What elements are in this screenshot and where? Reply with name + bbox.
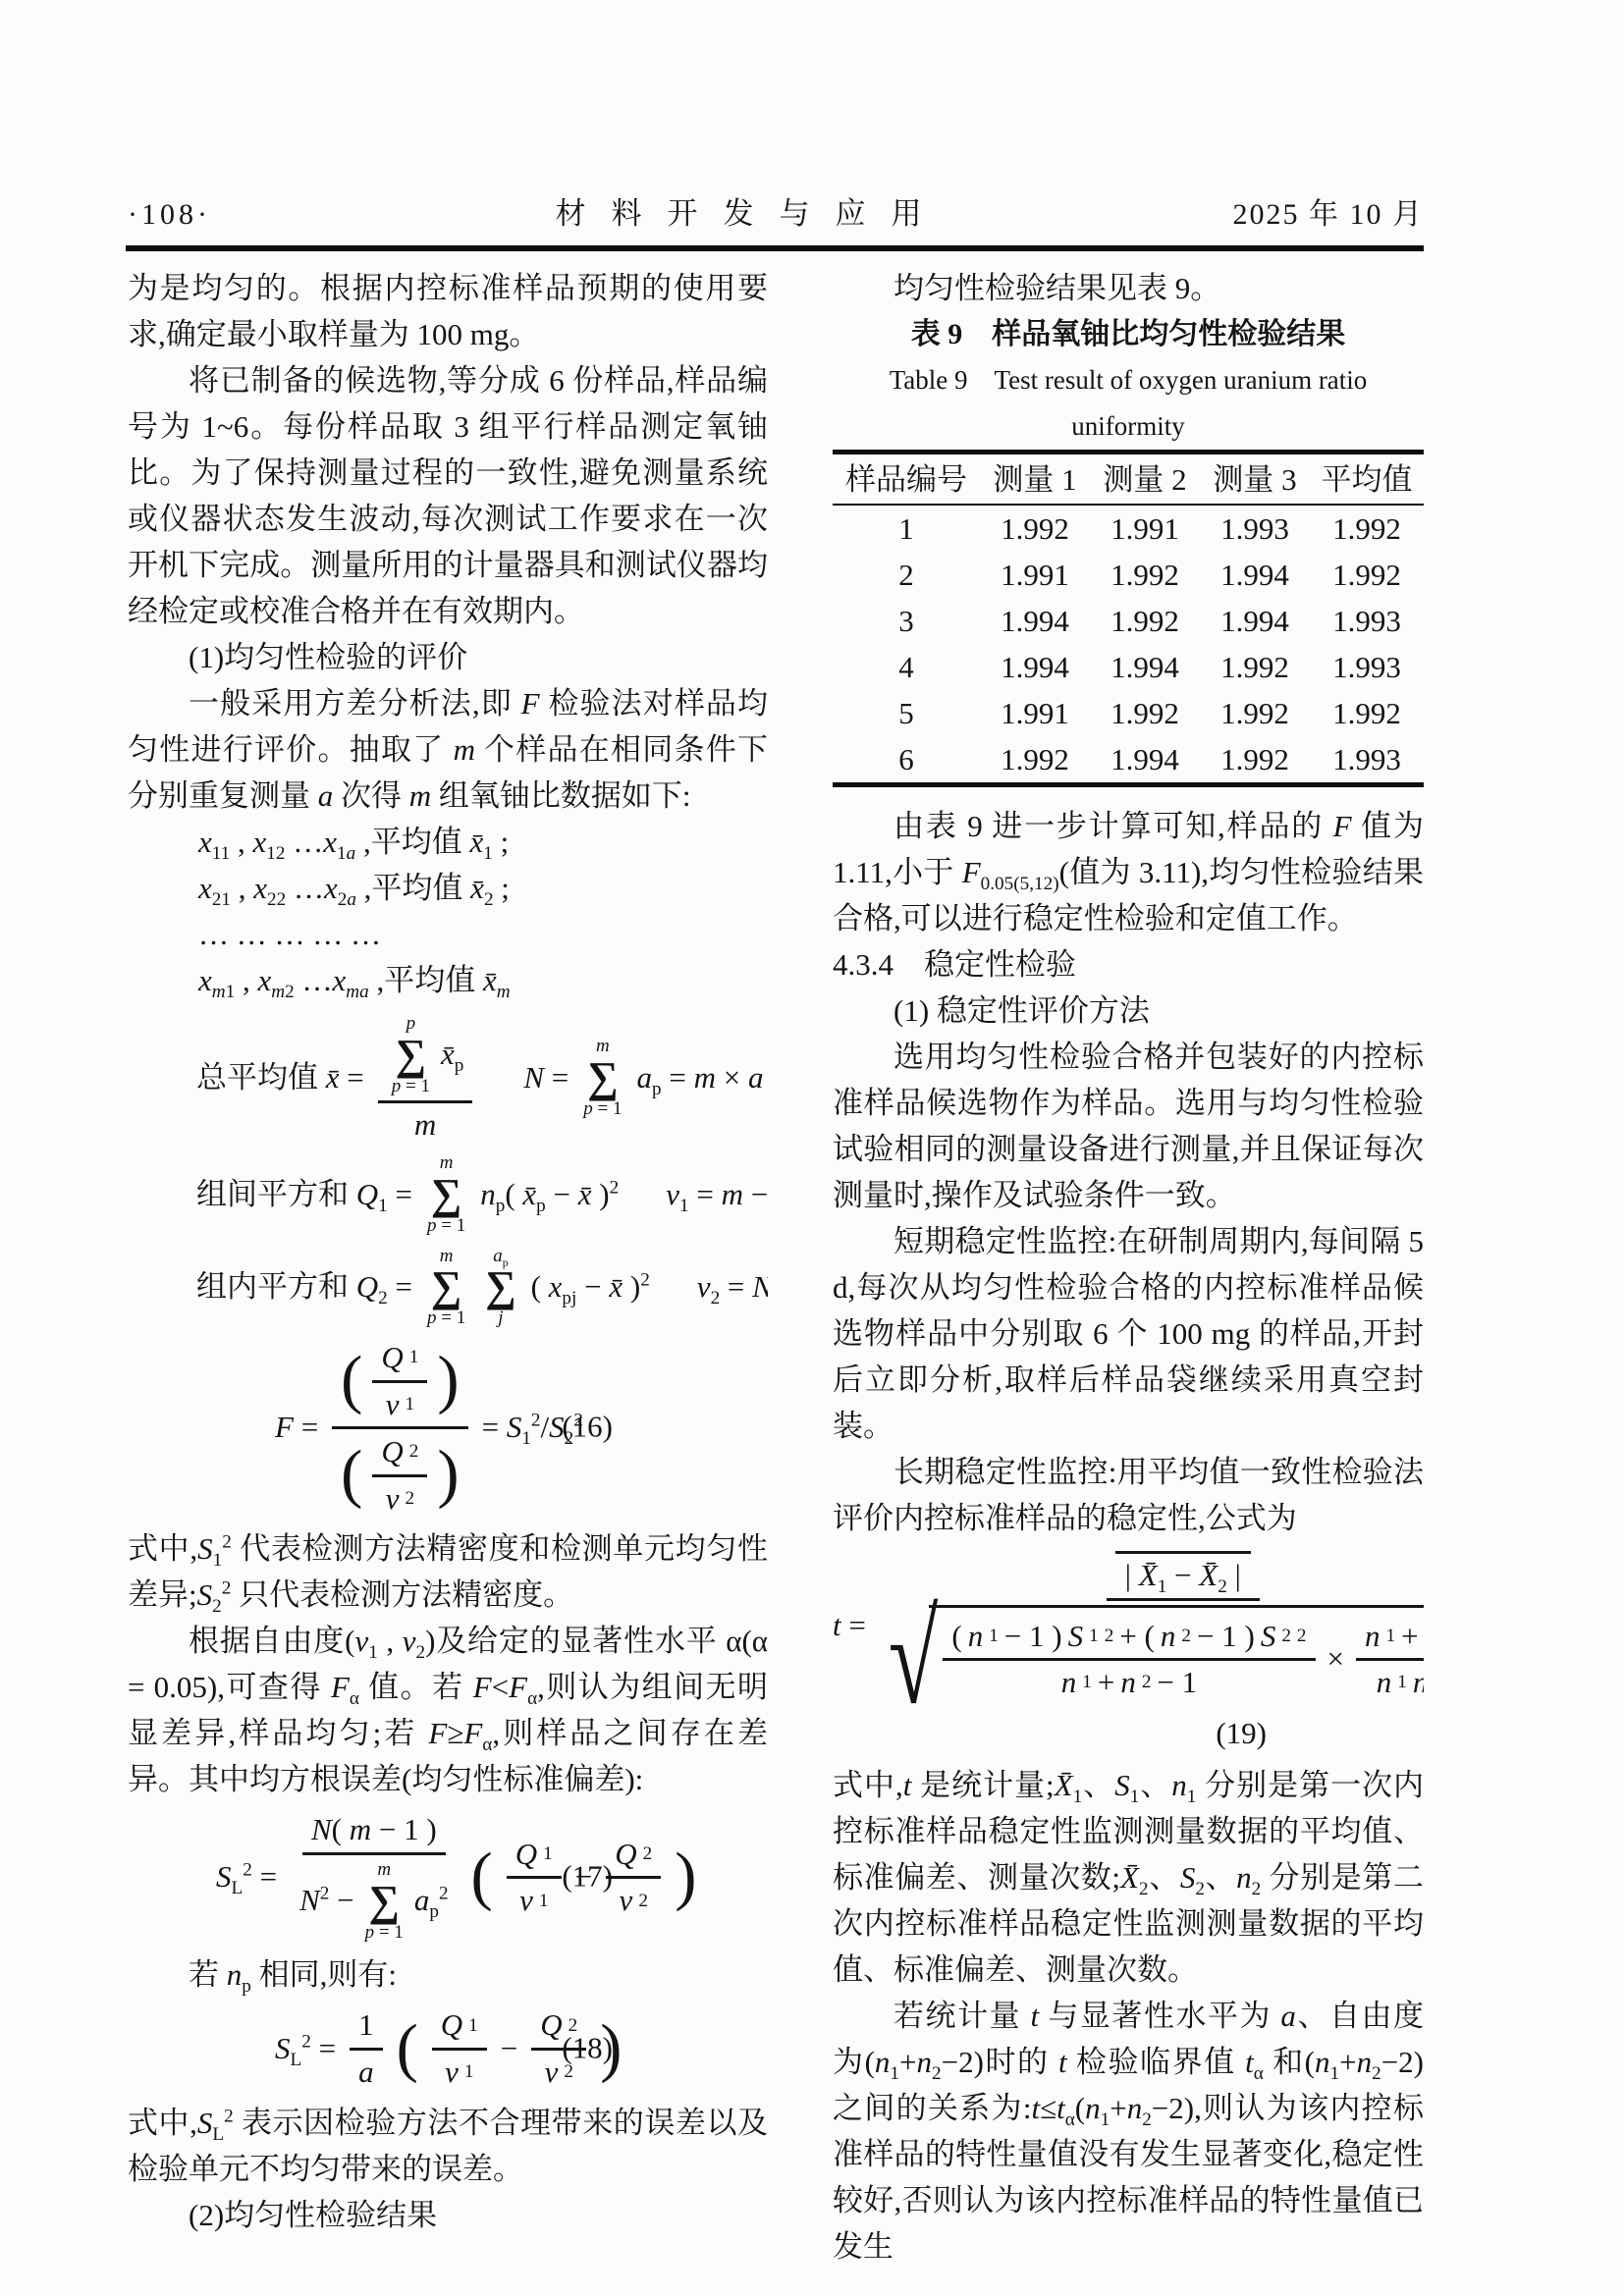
sum-operator: ∑ — [396, 1035, 426, 1076]
equation-number-19: (19) — [1216, 1716, 1267, 1750]
fraction: p ∑ p = 1 x̄p m — [378, 1012, 473, 1144]
cell-value: 1.994 — [1090, 644, 1200, 690]
summation: ap ∑ j — [485, 1246, 515, 1329]
paragraph-np-equal: 若 np 相同,则有: — [128, 1951, 768, 1998]
paragraph-t-definitions: 式中,t 是统计量;X̄1、S1、n1 分别是第一次内控标准样品稳定性监测测量数… — [833, 1762, 1424, 1993]
page-number: ·108· — [128, 198, 334, 232]
right-column: 均匀性检验结果见表 9。 表 9 样品氧铀比均匀性检验结果 Table 9 Te… — [833, 265, 1424, 2289]
cell-value: 1.991 — [980, 552, 1090, 598]
math-line-ellipsis: … … … … … — [128, 911, 768, 957]
paragraph-see-table: 均匀性检验结果见表 9。 — [833, 265, 1424, 311]
sum-lower-limit: p = 1 — [427, 1215, 465, 1237]
fraction: ( n1 − 1 ) S12 + ( n2 − 1 ) S22 n1 + n2 … — [943, 1618, 1315, 1701]
column-header-measure-3: 测量 3 — [1200, 456, 1310, 503]
outer-fraction: | X̄1 − X̄2 | √ ( n1 − 1 ) S12 + ( n2 − … — [880, 1550, 1424, 1701]
sum-operator: ∑ — [369, 1881, 400, 1922]
cell-value: 1.993 — [1310, 736, 1424, 782]
paragraph-stability-sample: 选用均匀性检验合格并包装好的内控标准样品候选物作为样品。选用与均匀性检验试验相同… — [833, 1034, 1424, 1218]
sum-lower-limit: p = 1 — [392, 1076, 430, 1097]
times-sign: × — [1327, 1641, 1344, 1678]
outer-fraction: ( Q1 ν1 ) ( Q2 ν2 ) — [332, 1338, 467, 1517]
page-header: ·108· 材料开发与应用 2025 年 10 月 — [128, 188, 1424, 233]
formula-19: t = | X̄1 − X̄2 | √ ( n1 − 1 ) S12 + ( n… — [833, 1550, 1424, 1701]
sum-operator: ∑ — [431, 1266, 461, 1308]
formula-lhs: SL2 = — [275, 2031, 336, 2067]
cell-sample-id: 5 — [833, 690, 980, 736]
cell-value: 1.994 — [1200, 598, 1310, 644]
overlined-difference: | X̄1 − X̄2 | — [1115, 1551, 1251, 1594]
paragraph-alpha-criterion: 根据自由度(ν1 , ν2)及给定的显著性水平 α(α = 0.05),可查得 … — [128, 1618, 768, 1802]
cell-value: 1.992 — [1200, 736, 1310, 782]
equation-number-17: (17) — [562, 1859, 613, 1896]
math-line-x2: x21 , x22 …x2a ,平均值 x̄2 ; — [128, 865, 768, 911]
table-9-title-zh: 表 9 样品氧铀比均匀性检验结果 — [833, 311, 1424, 357]
right-paren: ) — [437, 1442, 459, 1508]
formula-between-group-sum: 组间平方和 Q1 = m ∑ p = 1 np( x̄p − x̄ )2 ν1 … — [128, 1152, 768, 1236]
issue-date: 2025 年 10 月 — [1168, 189, 1424, 233]
left-column: 为是均匀的。根据内控标准样品预期的使用要求,确定最小取样量为 100 mg。 将… — [128, 265, 768, 2289]
cell-value: 1.994 — [1090, 736, 1200, 782]
numerator: | X̄1 − X̄2 | — [1107, 1550, 1260, 1601]
cell-value: 1.993 — [1310, 644, 1424, 690]
formula-label: 总平均值 x̄ = — [196, 1060, 364, 1096]
column-header-measure-2: 测量 2 — [1090, 456, 1200, 503]
numerator: N( m − 1 ) — [302, 1811, 446, 1855]
subsection-heading-homogeneity-eval: (1)均匀性检验的评价 — [128, 634, 768, 680]
denominator: N2 − m ∑ p = 1 ap2 — [291, 1855, 457, 1943]
cell-value: 1.992 — [1310, 552, 1424, 598]
formula-grand-mean: 总平均值 x̄ = p ∑ p = 1 x̄p m N = m ∑ p — [128, 1012, 768, 1144]
equation-number-18: (18) — [562, 2031, 613, 2067]
table-9-title-en: Table 9 Test result of oxygen uranium ra… — [833, 357, 1424, 450]
cell-value: 1.994 — [1200, 552, 1310, 598]
cell-value: 1.992 — [1200, 690, 1310, 736]
formula-label: 组间平方和 Q1 = — [196, 1177, 412, 1213]
cell-sample-id: 1 — [833, 506, 980, 552]
paragraph-sl-definition: 式中,SL2 表示因检验方法不合理带来的误差以及检验单元不均匀带来的误差。 — [128, 2100, 768, 2192]
fraction: Q1 ν1 — [372, 1339, 427, 1422]
fraction: Q2 ν2 — [372, 1433, 427, 1517]
fraction: 1 a — [350, 2006, 383, 2090]
right-paren: ) — [437, 1348, 459, 1414]
table-row: 2 1.991 1.992 1.994 1.992 — [833, 552, 1424, 598]
table-row: 4 1.994 1.994 1.992 1.993 — [833, 644, 1424, 690]
table-9: 样品编号 测量 1 测量 2 测量 3 平均值 1 1.992 1.991 1.… — [833, 450, 1424, 787]
cell-sample-id: 6 — [833, 736, 980, 782]
table-row: 6 1.992 1.994 1.992 1.993 — [833, 736, 1424, 782]
paragraph-continued: 为是均匀的。根据内控标准样品预期的使用要求,确定最小取样量为 100 mg。 — [128, 265, 768, 357]
formula-16: F = ( Q1 ν1 ) ( Q2 ν2 ) — [128, 1338, 768, 1517]
cell-value: 1.992 — [1200, 644, 1310, 690]
cell-value: 1.992 — [1090, 552, 1200, 598]
section-heading-stability: 4.3.4 稳定性检验 — [833, 941, 1424, 988]
fraction: Q2 ν2 — [606, 1836, 661, 1919]
fraction: Q1 ν1 — [432, 2006, 487, 2090]
equation-number-16: (16) — [562, 1410, 613, 1446]
left-paren: ( — [341, 1442, 362, 1508]
n-definition: N = — [523, 1060, 568, 1096]
formula-lhs: F = — [275, 1410, 318, 1446]
minus-sign: − — [501, 2031, 517, 2067]
sum-operator: ∑ — [485, 1266, 515, 1308]
cell-value: 1.992 — [980, 736, 1090, 782]
formula-17: SL2 = N( m − 1 ) N2 − m ∑ p = 1 ap2 ( Q1 — [128, 1811, 768, 1943]
formula-18: SL2 = 1 a ( Q1 ν1 − Q2 ν2 ) (18) — [128, 2006, 768, 2090]
column-header-mean: 平均值 — [1310, 456, 1424, 503]
cell-value: 1.992 — [1310, 690, 1424, 736]
cell-value: 1.991 — [980, 690, 1090, 736]
square-root: √ ( n1 − 1 ) S12 + ( n2 − 1 ) S22 n1 + n… — [889, 1605, 1424, 1701]
summation: p ∑ p = 1 — [392, 1013, 430, 1096]
table-header-row: 样品编号 测量 1 测量 2 测量 3 平均值 — [833, 454, 1424, 506]
paragraph-short-term: 短期稳定性监控:在研制周期内,每间隔 5 d,每次从均匀性检验合格的内控标准样品… — [833, 1218, 1424, 1449]
column-header-measure-1: 测量 1 — [980, 456, 1090, 503]
sum-lower-limit: p = 1 — [365, 1922, 404, 1944]
paragraph-t-criterion: 若统计量 t 与显著性水平为 a、自由度为(n1+n2−2)时的 t 检验临界值… — [833, 1993, 1424, 2269]
paragraph-sample-preparation: 将已制备的候选物,等分成 6 份样品,样品编号为 1~6。每份样品取 3 组平行… — [128, 357, 768, 634]
summation: m ∑ p = 1 — [583, 1036, 622, 1119]
cell-value: 1.992 — [1090, 598, 1200, 644]
formula-lhs: SL2 = — [216, 1859, 277, 1896]
paragraph-f-test-method: 一般采用方差分析法,即 F 检验法对样品均匀性进行评价。抽取了 m 个样品在相同… — [128, 680, 768, 819]
left-paren: ( — [471, 1844, 493, 1910]
cell-value: 1.993 — [1310, 598, 1424, 644]
cell-value: 1.992 — [1310, 506, 1424, 552]
math-line-xm: xm1 , xm2 …xma ,平均值 x̄m — [128, 957, 768, 1003]
n-definition-tail: ap = m × a — [636, 1060, 763, 1096]
subsection-heading-homogeneity-result: (2)均匀性检验结果 — [128, 2192, 768, 2238]
header-rule — [126, 245, 1424, 251]
expression: np( x̄p − x̄ )2 — [480, 1177, 619, 1213]
cell-value: 1.992 — [1090, 690, 1200, 736]
table-row: 1 1.992 1.991 1.993 1.992 — [833, 506, 1424, 552]
table-row: 5 1.991 1.992 1.992 1.992 — [833, 690, 1424, 736]
radical-sign: √ — [889, 1599, 939, 1717]
left-paren: ( — [397, 2016, 418, 2082]
sum-lower-limit: p = 1 — [583, 1098, 622, 1120]
journal-title: 材料开发与应用 — [334, 188, 1168, 233]
left-paren: ( — [341, 1348, 362, 1414]
radicand: ( n1 − 1 ) S12 + ( n2 − 1 ) S22 n1 + n2 … — [929, 1605, 1424, 1701]
numerator: p ∑ p = 1 x̄p — [378, 1012, 473, 1103]
sum-lower-limit: p = 1 — [427, 1308, 465, 1329]
subsection-heading-stability-method: (1) 稳定性评价方法 — [833, 988, 1424, 1034]
paragraph-long-term: 长期稳定性监控:用平均值一致性检验法评价内控标准样品的稳定性,公式为 — [833, 1449, 1424, 1541]
sum-operator: ∑ — [431, 1174, 461, 1215]
summation: m ∑ p = 1 — [427, 1152, 465, 1236]
numerator: ( Q1 ν1 ) — [332, 1338, 467, 1429]
formula-within-group-sum: 组内平方和 Q2 = m ∑ p = 1 ap ∑ j ( xpj − x̄ )… — [128, 1246, 768, 1329]
cell-value: 1.992 — [980, 506, 1090, 552]
table-row: 3 1.994 1.992 1.994 1.993 — [833, 598, 1424, 644]
math-line-x1: x11 , x12 …x1a ,平均值 x̄1 ; — [128, 819, 768, 865]
cell-sample-id: 3 — [833, 598, 980, 644]
denominator: ( Q2 ν2 ) — [332, 1429, 467, 1517]
formula-lhs: t = — [833, 1608, 866, 1644]
sum-lower-limit: j — [498, 1308, 503, 1329]
degrees-of-freedom: ν1 = m − 1 — [666, 1177, 768, 1213]
fraction: Q1 ν1 — [507, 1836, 562, 1919]
paragraph-f-result: 由表 9 进一步计算可知,样品的 F 值为 1.11,小于 F0.05(5,12… — [833, 803, 1424, 941]
cell-sample-id: 4 — [833, 644, 980, 690]
degrees-of-freedom: ν2 = N − m — [697, 1269, 768, 1306]
expression: ( xpj − x̄ )2 — [531, 1269, 650, 1306]
fraction: N( m − 1 ) N2 − m ∑ p = 1 ap2 — [291, 1811, 457, 1943]
formula-label: 组内平方和 Q2 = — [196, 1269, 412, 1306]
right-paren: ) — [675, 1844, 696, 1910]
cell-value: 1.994 — [980, 598, 1090, 644]
cell-value: 1.993 — [1200, 506, 1310, 552]
journal-page: ·108· 材料开发与应用 2025 年 10 月 为是均匀的。根据内控标准样品… — [0, 0, 1624, 2296]
denominator: √ ( n1 − 1 ) S12 + ( n2 − 1 ) S22 n1 + n… — [880, 1601, 1424, 1701]
denominator: m — [406, 1103, 445, 1144]
numerator-term: x̄p — [441, 1037, 463, 1073]
summation: m ∑ p = 1 — [365, 1859, 404, 1943]
column-header-sample-id: 样品编号 — [833, 456, 980, 503]
summation: m ∑ p = 1 — [427, 1246, 465, 1329]
sum-operator: ∑ — [587, 1057, 618, 1098]
cell-value: 1.991 — [1090, 506, 1200, 552]
cell-value: 1.994 — [980, 644, 1090, 690]
fraction: n1 + n2 n1 n2 — [1356, 1618, 1424, 1701]
cell-sample-id: 2 — [833, 552, 980, 598]
paragraph-s-definitions: 式中,S12 代表检测方法精密度和检测单元均匀性差异;S22 只代表检测方法精密… — [128, 1525, 768, 1618]
